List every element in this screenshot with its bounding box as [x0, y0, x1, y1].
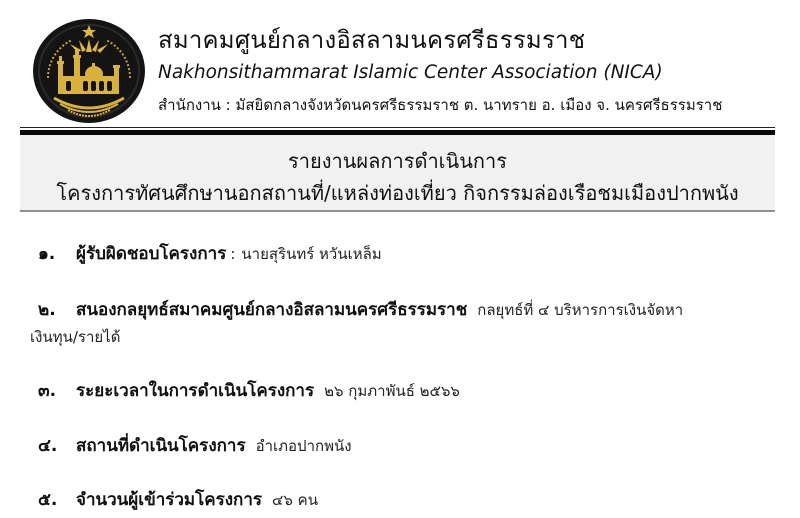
item-label: ผู้รับผิดชอบโครงการ	[76, 244, 226, 264]
organization-name-english: Nakhonsithammarat Islamic Center Associa…	[158, 62, 663, 83]
organization-logo	[32, 18, 146, 124]
item-value: อำเภอปากพนัง	[256, 437, 352, 455]
item-value: ๒๖ กุมภาพันธ์ ๒๕๖๖	[324, 382, 460, 400]
project-title: โครงการทัศนศึกษานอกสถานที่/แหล่งท่องเที่…	[20, 177, 775, 209]
mosque-emblem-icon	[32, 18, 146, 124]
report-item-strategy: ๒.สนองกลยุทธ์สมาคมศูนย์กลางอิสลามนครศรีธ…	[38, 296, 683, 323]
report-item-participants: ๕.จำนวนผู้เข้าร่วมโครงการ๔๖ คน	[38, 486, 318, 513]
item-label: สนองกลยุทธ์สมาคมศูนย์กลางอิสลามนครศรีธรร…	[76, 300, 467, 320]
item-separator: :	[230, 245, 235, 263]
item-value: กลยุทธ์ที่ ๔ บริหารการเงินจัดหา	[477, 301, 683, 319]
report-title-box: รายงานผลการดำเนินการ โครงการทัศนศึกษานอก…	[20, 135, 775, 212]
report-title: รายงานผลการดำเนินการ	[20, 145, 775, 177]
item-number: ๑.	[38, 240, 68, 267]
report-item-responsible-person: ๑.ผู้รับผิดชอบโครงการ:นายสุรินทร์ หวันเห…	[38, 240, 382, 267]
office-address: สำนักงาน : มัสยิดกลางจังหวัดนครศรีธรรมรา…	[158, 93, 722, 117]
item-label: สถานที่ดำเนินโครงการ	[76, 436, 246, 456]
item-number: ๓.	[38, 377, 68, 404]
item-number: ๒.	[38, 296, 68, 323]
report-item-duration: ๓.ระยะเวลาในการดำเนินโครงการ๒๖ กุมภาพันธ…	[38, 377, 460, 404]
item-label: จำนวนผู้เข้าร่วมโครงการ	[76, 490, 262, 510]
report-item-location: ๔.สถานที่ดำเนินโครงการอำเภอปากพนัง	[38, 432, 352, 459]
item-number: ๕.	[38, 486, 68, 513]
item-value: นายสุรินทร์ หวันเหล็ม	[241, 245, 381, 263]
header-divider-thin	[20, 127, 775, 128]
organization-name-thai: สมาคมศูนย์กลางอิสลามนครศรีธรรมราช	[158, 20, 585, 59]
item-label: ระยะเวลาในการดำเนินโครงการ	[76, 381, 314, 401]
item-value: ๔๖ คน	[272, 491, 318, 509]
item-value-continuation: เงินทุน/รายได้	[30, 325, 120, 349]
item-number: ๔.	[38, 432, 68, 459]
